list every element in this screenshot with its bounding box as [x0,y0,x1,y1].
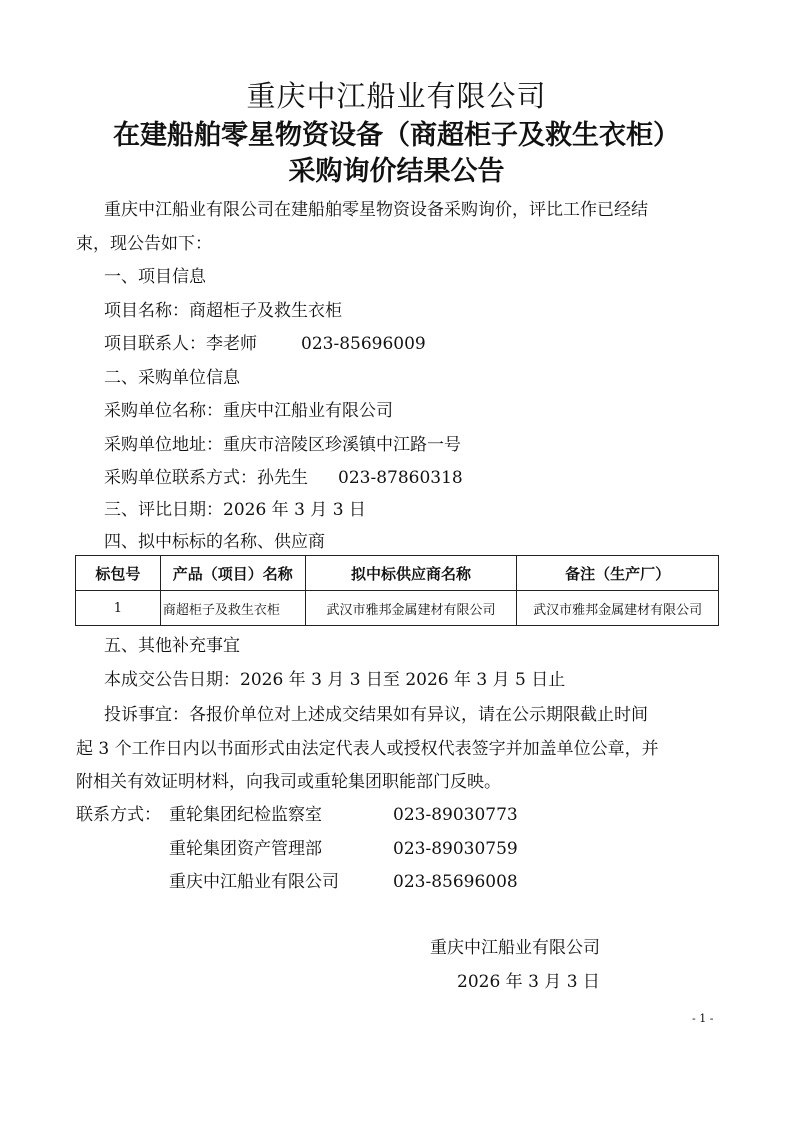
complaint-line3: 附相关有效证明材料，向我司或重轮集团职能部门反映。 [76,770,501,794]
intro-line1: 重庆中江船业有限公司在建船舶零星物资设备采购询价，评比工作已经结 [104,198,648,222]
col-header-supplier: 拟中标供应商名称 [305,556,517,591]
table-header-row: 标包号 产品（项目）名称 拟中标供应商名称 备注（生产厂） [76,556,719,591]
signature-date: 2026 年 3 月 3 日 [457,970,600,994]
signature-company: 重庆中江船业有限公司 [430,936,600,960]
purchaser-address-label: 采购单位地址： [104,435,223,455]
table-row: 1 商超柜子及救生衣柜 武汉市雅邦金属建材有限公司 武汉市雅邦金属建材有限公司 [76,591,719,626]
contact-phone-2: 023-89030759 [393,837,518,861]
project-name-label: 项目名称： [104,301,189,321]
purchaser-contact-phone: 023-87860318 [338,468,463,488]
project-contact-row: 项目联系人：李老师023-85696009 [104,332,426,356]
purchaser-name-row: 采购单位名称：重庆中江船业有限公司 [104,399,393,423]
contact-name-2: 重轮集团资产管理部 [169,837,322,861]
section2-heading: 二、采购单位信息 [104,366,240,390]
company-title: 重庆中江船业有限公司 [0,76,793,116]
contact-name-3: 重庆中江船业有限公司 [169,870,339,894]
announcement-period: 本成交公告日期：2026 年 3 月 3 日至 2026 年 3 月 5 日止 [104,668,565,692]
project-name-value: 商超柜子及救生衣柜 [189,301,342,321]
contact-name-1: 重轮集团纪检监察室 [169,803,322,827]
complaint-line2: 起 3 个工作日内以书面形式由法定代表人或授权代表签字并加盖单位公章，并 [76,737,659,761]
col-header-lot: 标包号 [76,556,161,591]
section4-heading: 四、拟中标标的名称、供应商 [104,530,325,554]
purchaser-name-label: 采购单位名称： [104,401,223,421]
project-contact-phone: 023-85696009 [301,334,426,354]
cell-lot: 1 [76,591,161,626]
col-header-product: 产品（项目）名称 [160,556,305,591]
document-title-line1: 在建船舶零星物资设备（商超柜子及救生衣柜） [0,116,793,156]
project-name-row: 项目名称：商超柜子及救生衣柜 [104,299,342,323]
purchaser-contact-row: 采购单位联系方式：孙先生023-87860318 [104,466,463,490]
document-page: 重庆中江船业有限公司 在建船舶零星物资设备（商超柜子及救生衣柜） 采购询价结果公… [0,0,793,1122]
project-contact-person: 李老师 [206,334,257,354]
cell-remark: 武汉市雅邦金属建材有限公司 [517,591,719,626]
intro-line2: 束，现公告如下： [76,232,212,256]
document-title-line2: 采购询价结果公告 [0,152,793,192]
contact-phone-1: 023-89030773 [393,803,518,827]
section3-heading: 三、评比日期：2026 年 3 月 3 日 [104,498,366,522]
bid-result-table: 标包号 产品（项目）名称 拟中标供应商名称 备注（生产厂） 1 商超柜子及救生衣… [75,555,719,626]
purchaser-contact-person: 孙先生 [257,468,308,488]
purchaser-address-row: 采购单位地址：重庆市涪陵区珍溪镇中江路一号 [104,433,461,457]
purchaser-contact-label: 采购单位联系方式： [104,468,257,488]
cell-supplier: 武汉市雅邦金属建材有限公司 [305,591,517,626]
purchaser-name-value: 重庆中江船业有限公司 [223,401,393,421]
contact-phone-3: 023-85696008 [393,870,518,894]
project-contact-label: 项目联系人： [104,334,206,354]
complaint-line1: 投诉事宜：各报价单位对上述成交结果如有异议，请在公示期限截止时间 [104,703,648,727]
contacts-label: 联系方式： [76,803,161,827]
section5-heading: 五、其他补充事宜 [104,634,240,658]
section1-heading: 一、项目信息 [104,265,206,289]
col-header-remark: 备注（生产厂） [517,556,719,591]
purchaser-address-value: 重庆市涪陵区珍溪镇中江路一号 [223,435,461,455]
cell-product: 商超柜子及救生衣柜 [160,591,305,626]
page-number: - 1 - [692,1012,713,1025]
